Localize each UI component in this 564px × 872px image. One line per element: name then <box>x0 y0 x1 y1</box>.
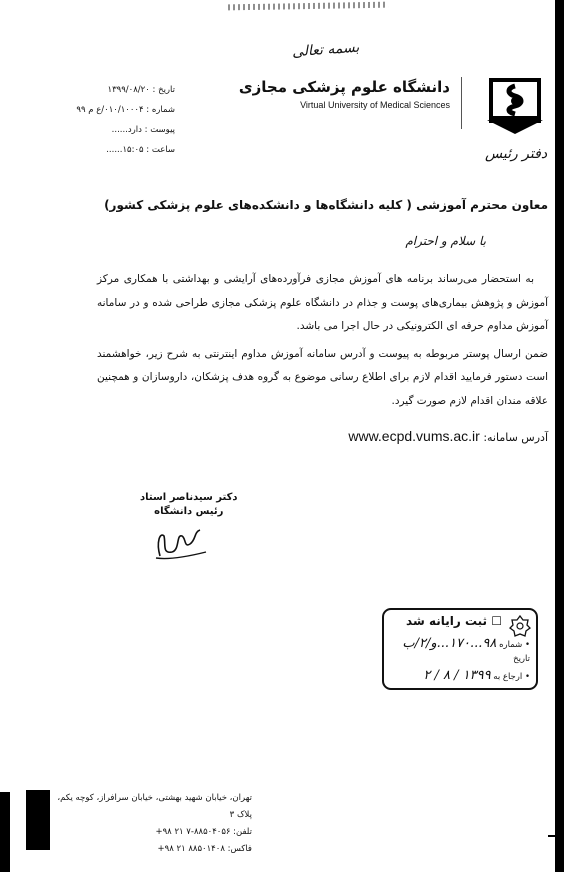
scan-edge-bar <box>0 792 10 872</box>
meta-time: ساعت : ۱۵:۰۵...... <box>55 140 175 160</box>
letter-salutation: با سلام و احترام <box>405 234 486 248</box>
bismillah-calligraphy: بسمه تعالی <box>292 40 360 61</box>
signer-block: دکتر سیدناصر استاد رئیس دانشگاه <box>140 491 238 519</box>
footer-phone: تلفن: ۸۸۵۰۴۰۵۶-۷ ۲۱ ۹۸+ <box>42 824 252 841</box>
scan-artifact <box>228 2 388 11</box>
university-logo-icon <box>487 78 543 138</box>
footer-address: تهران، خیابان شهید بهشتی، خیابان سرافراز… <box>42 790 252 824</box>
site-label: آدرس سامانه: <box>483 431 548 444</box>
stamp-title: ☐ ثبت رایانه شد <box>406 614 502 628</box>
body-paragraph-1: به استحضار می‌رساند برنامه های آموزش مجا… <box>97 268 548 339</box>
stamp-number-row: • شماره ۹۸...۱۷۰...و/۲/ب <box>402 636 530 651</box>
letter-body: به استحضار می‌رساند برنامه های آموزش مجا… <box>97 268 548 413</box>
site-address-line: آدرس سامانه: www.ecpd.vums.ac.ir <box>348 428 548 444</box>
signer-title: رئیس دانشگاه <box>140 505 238 519</box>
meta-attachment: پیوست : دارد...... <box>55 120 175 140</box>
stamp-referral-row: • ارجاع به ۱۳۹۹ / ۸ / ۲ <box>423 668 530 683</box>
registration-stamp: ☐ ثبت رایانه شد • شماره ۹۸...۱۷۰...و/۲/ب… <box>382 608 538 690</box>
letter-addressee: معاون محترم آموزشی ( کلیه دانشگاه‌ها و د… <box>104 198 548 212</box>
meta-date: تاریخ : ۱۳۹۹/۰۸/۲۰ <box>55 80 175 100</box>
stamp-emblem-icon <box>508 614 532 638</box>
stamp-date-row: تاریخ <box>513 654 530 664</box>
site-url-link[interactable]: www.ecpd.vums.ac.ir <box>348 428 479 444</box>
signer-name: دکتر سیدناصر استاد <box>140 491 238 505</box>
body-paragraph-2: ضمن ارسال پوستر مربوطه به پیوست و آدرس س… <box>97 343 548 414</box>
meta-number: شماره : ۰۱۰/۱۰۰۰۴/ع م ۹۹ <box>55 100 175 120</box>
scan-edge-mark <box>548 835 556 837</box>
handwritten-signature-icon <box>150 522 210 562</box>
footer-fax: فاکس: ۸۸۵۰۱۴۰۸ ۲۱ ۹۸+ <box>42 841 252 858</box>
university-name-fa: دانشگاه علوم پزشکی مجازی <box>239 78 450 96</box>
scan-edge-border <box>555 0 564 872</box>
university-name-en: Virtual University of Medical Sciences <box>300 100 450 110</box>
header-divider <box>461 77 462 129</box>
letter-meta: تاریخ : ۱۳۹۹/۰۸/۲۰ شماره : ۰۱۰/۱۰۰۰۴/ع م… <box>55 80 175 160</box>
office-of-president-sign: دفتر رئیس <box>485 146 547 162</box>
footer-contact: تهران، خیابان شهید بهشتی، خیابان سرافراز… <box>42 790 252 858</box>
